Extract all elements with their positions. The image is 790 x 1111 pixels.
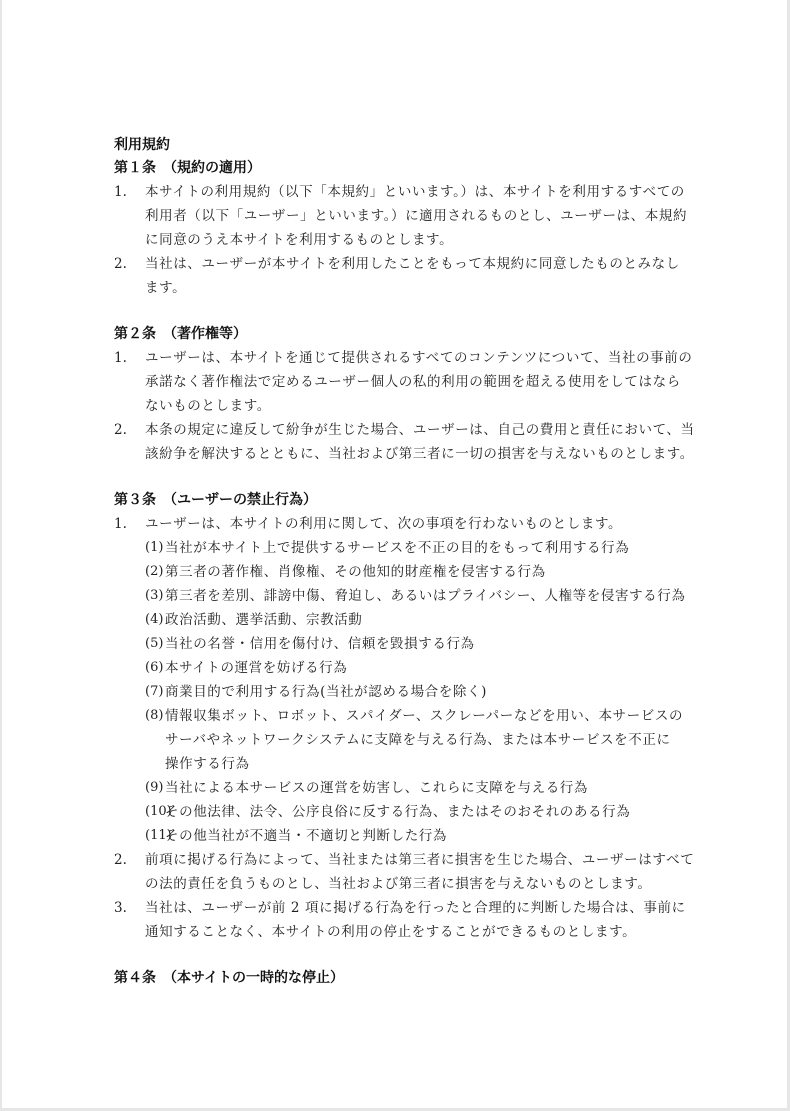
sub-item-number: (2)	[145, 560, 163, 584]
clause-text-line: 承諾なく著作権法で定めるユーザー個人の私的利用の範囲を超える使用をしてはなら	[145, 370, 680, 394]
clause-text-line: 当社は、ユーザーが本サイトを利用したことをもって本規約に同意したものとみなし	[145, 252, 680, 276]
clause-text-line: ユーザーは、本サイトの利用に関して、次の事項を行わないものとします。	[145, 512, 680, 536]
sub-item-text-line: 第三者を差別、誹謗中傷、脅迫し、あるいはプライバシー、人権等を侵害する行為	[165, 584, 680, 608]
sub-item: (1)当社が本サイト上で提供するサービスを不正の目的をもって利用する行為	[145, 536, 680, 560]
article-heading: 第２条 （著作権等）	[114, 322, 680, 346]
sub-item: (7)商業目的で利用する行為(当社が認める場合を除く)	[145, 680, 680, 704]
sub-item-number: (8)	[145, 704, 163, 728]
clause-item: 3.当社は、ユーザーが前 2 項に掲げる行為を行ったと合理的に判断した場合は、事…	[114, 896, 680, 944]
clause-item: 1.ユーザーは、本サイトを通じて提供されるすべてのコンテンツについて、当社の事前…	[114, 346, 680, 418]
document-page: 利用規約 第１条 （規約の適用）1.本サイトの利用規約（以下「本規約」といいます…	[2, 0, 787, 1108]
sub-item-text-line: 政治活動、選挙活動、宗教活動	[165, 608, 680, 632]
clause-item: 2.当社は、ユーザーが本サイトを利用したことをもって本規約に同意したものとみなし…	[114, 252, 680, 300]
clause-text-line: ユーザーは、本サイトを通じて提供されるすべてのコンテンツについて、当社の事前の	[145, 346, 680, 370]
sub-item: (2)第三者の著作権、肖像権、その他知的財産権を侵害する行為	[145, 560, 680, 584]
clause-text-line: ます。	[145, 276, 680, 300]
sub-item-text-line: 本サイトの運営を妨げる行為	[165, 656, 680, 680]
clause-text-line: 該紛争を解決するとともに、当社および第三者に一切の損害を与えないものとします。	[145, 442, 680, 466]
sub-item-text-line: 商業目的で利用する行為(当社が認める場合を除く)	[165, 680, 680, 704]
clause-number: 3.	[114, 896, 127, 920]
sub-item-text-line: 操作する行為	[165, 752, 680, 776]
sub-item-number: (11)	[145, 824, 172, 848]
clause-number: 2.	[114, 252, 127, 276]
document-content: 利用規約 第１条 （規約の適用）1.本サイトの利用規約（以下「本規約」といいます…	[114, 134, 680, 1012]
sub-item-number: (1)	[145, 536, 163, 560]
clause-number: 2.	[114, 418, 127, 442]
sub-item-number: (5)	[145, 632, 163, 656]
sub-item-text-line: 第三者の著作権、肖像権、その他知的財産権を侵害する行為	[165, 560, 680, 584]
clause-text-line: の法的責任を負うものとし、当社および第三者に損害を与えないものとします。	[145, 872, 680, 896]
article-heading: 第４条 （本サイトの一時的な停止）	[114, 966, 680, 990]
sub-item: (5)当社の名誉・信用を傷付け、信頼を毀損する行為	[145, 632, 680, 656]
clause-text-line: 通知することなく、本サイトの利用の停止をすることができるものとします。	[145, 920, 680, 944]
sub-item: (11)その他当社が不適当・不適切と判断した行為	[145, 824, 680, 848]
clause-item: 2.前項に掲げる行為によって、当社または第三者に損害を生じた場合、ユーザーはすべ…	[114, 848, 680, 896]
clause-item: 1.本サイトの利用規約（以下「本規約」といいます。）は、本サイトを利用するすべて…	[114, 180, 680, 252]
clause-text-line: 前項に掲げる行為によって、当社または第三者に損害を生じた場合、ユーザーはすべて	[145, 848, 680, 872]
article-1: 第１条 （規約の適用）1.本サイトの利用規約（以下「本規約」といいます。）は、本…	[114, 156, 680, 300]
sub-item: (4)政治活動、選挙活動、宗教活動	[145, 608, 680, 632]
sub-item-number: (4)	[145, 608, 163, 632]
article-heading: 第１条 （規約の適用）	[114, 156, 680, 180]
sub-item-text-line: その他当社が不適当・不適切と判断した行為	[165, 824, 680, 848]
sub-item-number: (6)	[145, 656, 163, 680]
clause-text-line: 本条の規定に違反して紛争が生じた場合、ユーザーは、自己の費用と責任において、当	[145, 418, 680, 442]
sub-item: (9)当社による本サービスの運営を妨害し、これらに支障を与える行為	[145, 776, 680, 800]
clause-text-line: 本サイトの利用規約（以下「本規約」といいます。）は、本サイトを利用するすべての	[145, 180, 680, 204]
sub-item-text-line: 当社が本サイト上で提供するサービスを不正の目的をもって利用する行為	[165, 536, 680, 560]
article-2: 第２条 （著作権等）1.ユーザーは、本サイトを通じて提供されるすべてのコンテンツ…	[114, 322, 680, 466]
article-3: 第３条 （ユーザーの禁止行為）1.ユーザーは、本サイトの利用に関して、次の事項を…	[114, 488, 680, 944]
sub-item-text-line: その他法律、法令、公序良俗に反する行為、またはそのおそれのある行為	[165, 800, 680, 824]
clause-text-line: 利用者（以下「ユーザー」といいます。）に適用されるものとし、ユーザーは、本規約	[145, 204, 680, 228]
sub-item: (8)情報収集ボット、ロボット、スパイダー、スクレーパーなどを用い、本サービスの…	[145, 704, 680, 776]
sub-item: (6)本サイトの運営を妨げる行為	[145, 656, 680, 680]
clause-number: 1.	[114, 180, 127, 204]
article-heading: 第３条 （ユーザーの禁止行為）	[114, 488, 680, 512]
clause-number: 2.	[114, 848, 127, 872]
clause-item: 1.ユーザーは、本サイトの利用に関して、次の事項を行わないものとします。(1)当…	[114, 512, 680, 848]
clause-text-line: に同意のうえ本サイトを利用するものとします。	[145, 228, 680, 252]
sub-item-text-line: 当社の名誉・信用を傷付け、信頼を毀損する行為	[165, 632, 680, 656]
sub-item-number: (7)	[145, 680, 163, 704]
clause-text-line: ないものとします。	[145, 394, 680, 418]
sub-item-text-line: 情報収集ボット、ロボット、スパイダー、スクレーパーなどを用い、本サービスの	[165, 704, 680, 728]
sub-item-text-line: サーバやネットワークシステムに支障を与える行為、または本サービスを不正に	[165, 728, 680, 752]
sub-item: (3)第三者を差別、誹謗中傷、脅迫し、あるいはプライバシー、人権等を侵害する行為	[145, 584, 680, 608]
sub-item-text-line: 当社による本サービスの運営を妨害し、これらに支障を与える行為	[165, 776, 680, 800]
clause-text-line: 当社は、ユーザーが前 2 項に掲げる行為を行ったと合理的に判断した場合は、事前に	[145, 896, 680, 920]
article-4: 第４条 （本サイトの一時的な停止）	[114, 966, 680, 990]
clause-number: 1.	[114, 512, 127, 536]
sub-item-number: (3)	[145, 584, 163, 608]
clause-item: 2.本条の規定に違反して紛争が生じた場合、ユーザーは、自己の費用と責任において、…	[114, 418, 680, 466]
sub-item-number: (10)	[145, 800, 172, 824]
sub-item: (10)その他法律、法令、公序良俗に反する行為、またはそのおそれのある行為	[145, 800, 680, 824]
document-title: 利用規約	[114, 134, 680, 156]
sub-item-number: (9)	[145, 776, 163, 800]
clause-number: 1.	[114, 346, 127, 370]
